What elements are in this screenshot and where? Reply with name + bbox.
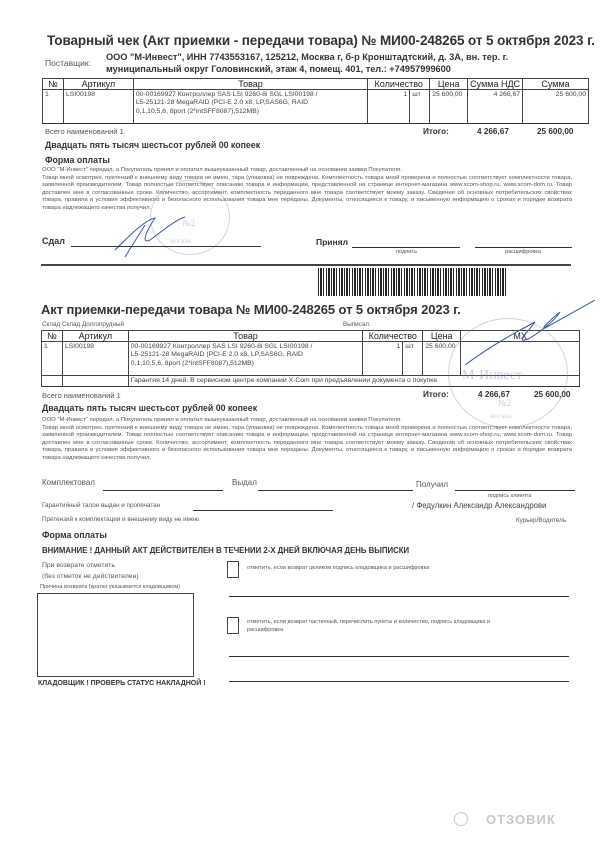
col-article: Артикул — [62, 331, 128, 342]
row-article: LSI00198 — [63, 90, 133, 124]
receipt-terms-line-1: ООО "М-Инвест" передал, а Покупатель при… — [42, 167, 572, 175]
warehouse-value: Склад Долгопрудный — [62, 321, 124, 328]
receipt-total-label: Итого: — [423, 127, 449, 136]
otzovik-watermark: ОТЗОВИК — [486, 812, 556, 827]
signature-caption: подпись — [396, 249, 417, 255]
receipt-terms-paragraph: ООО "М-Инвест" передал, а Покупатель при… — [42, 167, 572, 213]
receipt-payment-heading: Форма оплаты — [45, 155, 110, 165]
receipt-items-table: № Артикул Товар Количество Цена Сумма НД… — [42, 78, 589, 124]
act-terms-body: Товар мной осмотрен, претензий к внешнем… — [42, 425, 572, 463]
receipt-total-items: Всего наименований 1 — [45, 127, 124, 136]
attention-notice: ВНИМАНИЕ ! ДАННЫЙ АКТ ДЕЙСТВИТЕЛЕН В ТЕЧ… — [42, 546, 409, 555]
accepted-decoding-line — [475, 247, 572, 248]
row-price: 25 600,00 — [430, 90, 468, 124]
row-sum: 25 600,00 — [523, 90, 589, 124]
receipt-table-header: № Артикул Товар Количество Цена Сумма НД… — [43, 79, 589, 90]
col-vat: Сумма НДС — [468, 79, 523, 90]
storekeeper-notice: КЛАДОВЩИК ! ПРОВЕРЬ СТАТУС НАКЛАДНОЙ ! — [38, 680, 206, 687]
no-claims-label: Претензий к комплектации и внешнему виду… — [42, 516, 199, 523]
full-return-checkbox[interactable] — [227, 561, 239, 578]
warehouse-label: Склад — [42, 321, 60, 328]
signature-mark-2 — [455, 300, 595, 370]
accepted-label: Принял — [316, 237, 348, 247]
col-number: № — [43, 79, 64, 90]
client-name: / Федулкин Александр Александрови — [412, 501, 547, 510]
section-divider — [41, 264, 571, 266]
receipt-total-sum: 25 600,00 — [537, 127, 573, 136]
col-quantity: Количество — [363, 331, 423, 342]
row-unit: шт — [410, 90, 430, 124]
supplier-line-1: ООО "М-Инвест", ИНН 7743553167, 125212, … — [106, 52, 508, 63]
row-product: 00-00169927 Контроллер SAS LSI 9260-8i S… — [133, 90, 367, 124]
act-payment-heading: Форма оплаты — [42, 530, 107, 540]
supplier-label: Поставщик: — [45, 58, 91, 68]
row-number: 1 — [42, 342, 63, 376]
partial-return-line-1 — [229, 656, 569, 657]
return-reason-label: Причина возврата (кратко указывается кла… — [40, 584, 180, 590]
warranty-issued-label: Гарантийный талон выдан и пропечатан — [42, 502, 160, 509]
handed-label: Сдал — [42, 236, 65, 246]
act-title: Акт приемки-передачи товара № МИ00-24826… — [41, 302, 461, 317]
assembled-signature-line — [103, 490, 223, 491]
return-reason-box[interactable] — [37, 593, 194, 677]
table-row: 1 LSI00198 00-00169927 Контроллер SAS LS… — [43, 90, 589, 124]
product-line-1: 00-00169927 Контроллер SAS LSI 9260-8i S… — [136, 91, 365, 99]
row-qty: 1 — [363, 342, 403, 376]
issued-by-signature-line — [258, 490, 413, 491]
receipt-amount-words: Двадцать пять тысяч шестьсот рублей 00 к… — [45, 140, 260, 150]
partial-return-option-line-1: отметить, если возврат частичный, перечи… — [247, 619, 490, 625]
assembled-label: Комплектовал — [42, 478, 95, 487]
receipt-total-vat: 4 266,67 — [477, 127, 509, 136]
warranty-issued-line — [193, 510, 333, 511]
decoding-caption: расшифровка — [505, 249, 541, 255]
receipt-title: Товарный чек (Акт приемки - передачи тов… — [47, 33, 595, 48]
handed-signature-line — [71, 246, 261, 247]
row-number: 1 — [43, 90, 64, 124]
receipt-terms-body: Товар мной осмотрен, претензий к внешнем… — [42, 175, 572, 213]
col-number: № — [42, 331, 63, 342]
signature-mark — [105, 215, 195, 260]
stamp-city-2: МОСКВА — [490, 415, 511, 420]
col-article: Артикул — [63, 79, 133, 90]
client-signature-caption: подпись клиента — [488, 493, 531, 499]
accepted-signature-line — [352, 247, 460, 248]
issued-label: Выписал: — [343, 321, 371, 328]
row-vat: 4 266,67 — [468, 90, 523, 124]
act-total-items: Всего наименований 1 — [42, 391, 121, 400]
return-mark-line-2: (без отметок не действителен) — [42, 573, 139, 580]
courier-label: Курьер/Водитель — [516, 517, 566, 524]
received-signature-line — [455, 490, 575, 491]
otzovik-logo-icon — [454, 812, 468, 826]
act-total-label: Итого: — [423, 390, 449, 399]
stamp-number-2: №2 — [498, 398, 511, 408]
act-amount-words: Двадцать пять тысяч шестьсот рублей 00 к… — [42, 403, 257, 413]
full-return-signature-line — [229, 596, 569, 597]
col-product: Товар — [133, 79, 367, 90]
supplier-line-2: муниципальный округ Головинский, этаж 4,… — [106, 64, 451, 75]
row-article: LSI00198 — [62, 342, 128, 376]
col-sum: Сумма — [523, 79, 589, 90]
full-return-option: отметить, если возврат целиком подпись к… — [247, 565, 429, 571]
stamp-org: М-Инвест — [462, 368, 522, 384]
product-line-2: L5-25121-28 MegaRAID (PCI-E 2.0 x8, LP,S… — [131, 351, 361, 359]
product-line-2: L5-25121-28 MegaRAID (PCI-E 2.0 x8, LP,S… — [136, 99, 365, 107]
product-line-3: 0,1,10,5,6, 8port (2*intSFF8087),512MB) — [136, 108, 365, 116]
col-price: Цена — [430, 79, 468, 90]
return-mark-line-1: При возврате отметить — [42, 562, 115, 569]
row-product: 00-00169927 Контроллер SAS LSI 9260-8i S… — [128, 342, 363, 376]
row-unit: шт — [403, 342, 423, 376]
row-qty: 1 — [368, 90, 410, 124]
partial-return-checkbox[interactable] — [227, 617, 239, 634]
received-label: Получил — [416, 480, 448, 489]
col-product: Товар — [128, 331, 363, 342]
product-line-1: 00-00169927 Контроллер SAS LSI 9260-8i S… — [131, 343, 361, 351]
issued-by-label: Выдал — [232, 478, 257, 487]
partial-return-option-line-2: расшифровка — [247, 627, 283, 633]
col-quantity: Количество — [368, 79, 430, 90]
barcode — [318, 268, 506, 296]
product-line-3: 0,1,10,5,6, 8port (2*intSFF8087),512MB) — [131, 360, 361, 368]
partial-return-line-2 — [229, 681, 569, 682]
